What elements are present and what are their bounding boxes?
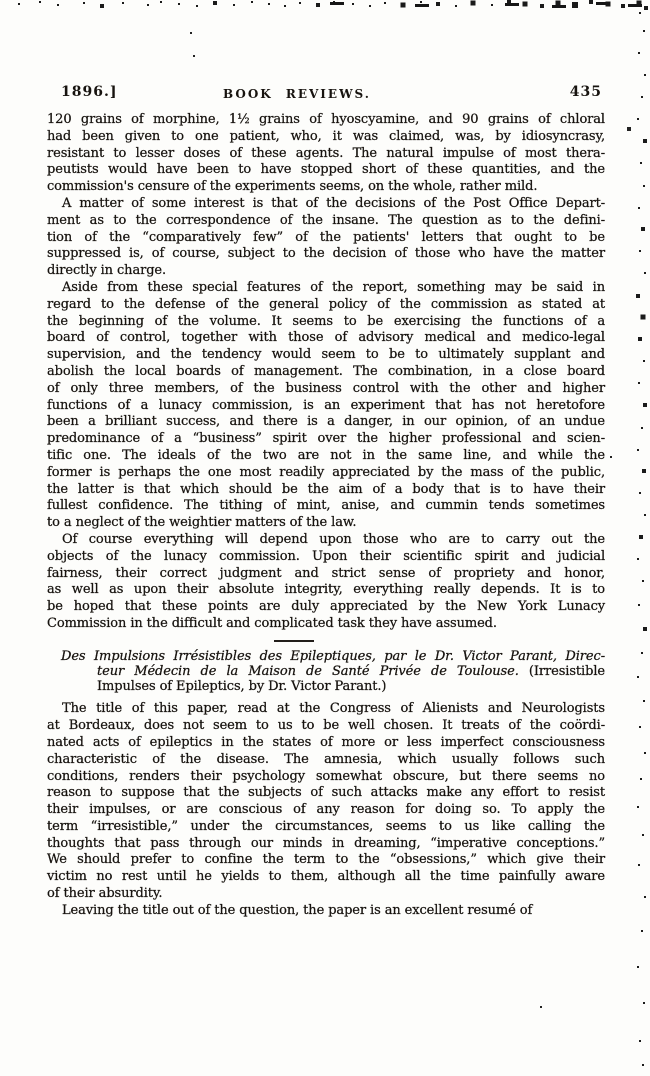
text-line: Commission in the difficult and complica… bbox=[47, 616, 605, 633]
heading-line: Impulses of Epileptics, by Dr. Victor Pa… bbox=[97, 679, 605, 694]
text-line: Of course everything will depend upon th… bbox=[47, 532, 605, 549]
paragraph: Leaving the title out of the question, t… bbox=[47, 903, 605, 920]
heading-line: teur Médecin de la Maison de Santé Privé… bbox=[97, 664, 605, 679]
heading-line: Des Impulsions Irrésistibles des Epilept… bbox=[97, 649, 605, 664]
text-line: nated acts of epileptics in the states o… bbox=[47, 735, 605, 752]
text-line: characteristic of the disease. The amnes… bbox=[47, 752, 605, 769]
paragraph: Of course everything will depend upon th… bbox=[47, 532, 605, 633]
text-line: victim no rest until he yields to them, … bbox=[47, 869, 605, 886]
text-line: as well as upon their absolute integrity… bbox=[47, 582, 605, 599]
text-line: be hoped that these points are duly appr… bbox=[47, 599, 605, 616]
text-line: predominance of a “business” spirit over… bbox=[47, 431, 605, 448]
review-title-des-impulsions: Des Impulsions Irrésistibles des Epilept… bbox=[47, 649, 605, 695]
scanned-book-page: 1896.] BOOK REVIEWS. 435 120 grains of m… bbox=[0, 0, 650, 1076]
paragraph: Aside from these special features of the… bbox=[47, 280, 605, 532]
text-line: The title of this paper, read at the Con… bbox=[47, 701, 605, 718]
heading-french-text: Des Impulsions Irrésistibles des Epilept… bbox=[61, 649, 605, 664]
text-line: been a brilliant success, and there is a… bbox=[47, 414, 605, 431]
text-line: board of control, together with those of… bbox=[47, 330, 605, 347]
paragraph: A matter of some interest is that of the… bbox=[47, 196, 605, 280]
text-line: regard to the defense of the general pol… bbox=[47, 297, 605, 314]
text-line: ment as to the correspondence of the ins… bbox=[47, 213, 605, 230]
header-year: 1896.] bbox=[61, 84, 117, 100]
text-line: abolish the local boards of management. … bbox=[47, 364, 605, 381]
heading-english-text: Impulses of Epileptics, by Dr. Victor Pa… bbox=[97, 679, 386, 694]
text-line: peutists would have been to have stopped… bbox=[47, 162, 605, 179]
text-line: to a neglect of the weightier matters of… bbox=[47, 515, 605, 532]
text-line: directly in charge. bbox=[47, 263, 605, 280]
text-column: 120 grains of morphine, 1½ grains of hyo… bbox=[47, 112, 605, 920]
text-line: term “irresistible,” under the circumsta… bbox=[47, 819, 605, 836]
review-lunacy-commission-report: 120 grains of morphine, 1½ grains of hyo… bbox=[47, 112, 605, 633]
text-line: conditions, renders their psychology som… bbox=[47, 769, 605, 786]
text-line: 120 grains of morphine, 1½ grains of hyo… bbox=[47, 112, 605, 129]
heading-english-text: (Irresistible bbox=[529, 664, 605, 679]
text-line: at Bordeaux, does not seem to us to be w… bbox=[47, 718, 605, 735]
text-line: Aside from these special features of the… bbox=[47, 280, 605, 297]
review-irresistible-impulses: The title of this paper, read at the Con… bbox=[47, 701, 605, 919]
text-line: tific one. The ideals of the two are not… bbox=[47, 448, 605, 465]
text-line: resistant to lesser doses of these agent… bbox=[47, 146, 605, 163]
text-line: suppressed is, of course, subject to the… bbox=[47, 246, 605, 263]
heading-french-text: teur Médecin de la Maison de Santé Privé… bbox=[97, 664, 529, 679]
text-line: Leaving the title out of the question, t… bbox=[47, 903, 605, 920]
text-line: of only three members, of the business c… bbox=[47, 381, 605, 398]
text-line: fairness, their correct judgment and str… bbox=[47, 566, 605, 583]
scan-noise-top-dashes bbox=[0, 2, 14, 5]
text-line: tion of the “comparatively few” of the p… bbox=[47, 230, 605, 247]
text-line: We should prefer to confine the term to … bbox=[47, 852, 605, 869]
running-header: 1896.] BOOK REVIEWS. 435 bbox=[47, 84, 605, 101]
text-line: A matter of some interest is that of the… bbox=[47, 196, 605, 213]
paragraph: The title of this paper, read at the Con… bbox=[47, 701, 605, 903]
text-line: the beginning of the volume. It seems to… bbox=[47, 314, 605, 331]
header-section-title: BOOK REVIEWS. bbox=[223, 86, 371, 102]
text-line: thoughts that pass through our minds in … bbox=[47, 836, 605, 853]
scan-noise-right-edge bbox=[636, 0, 638, 2]
text-line: of their absurdity. bbox=[47, 886, 605, 903]
text-line: fullest confidence. The tithing of mint,… bbox=[47, 498, 605, 515]
header-page-number: 435 bbox=[570, 84, 602, 100]
text-line: supervision, and the tendency would seem… bbox=[47, 347, 605, 364]
text-line: commission's censure of the experiments … bbox=[47, 179, 605, 196]
text-line: had been given to one patient, who, it w… bbox=[47, 129, 605, 146]
text-line: the latter is that which should be the a… bbox=[47, 482, 605, 499]
text-line: reason to suppose that the subjects of s… bbox=[47, 785, 605, 802]
text-line: their impulses, or are conscious of any … bbox=[47, 802, 605, 819]
scan-noise-specks bbox=[0, 0, 2, 2]
section-divider-rule bbox=[274, 640, 314, 642]
text-line: functions of a lunacy commission, is an … bbox=[47, 398, 605, 415]
text-line: objects of the lunacy commission. Upon t… bbox=[47, 549, 605, 566]
text-line: former is perhaps the one most readily a… bbox=[47, 465, 605, 482]
paragraph: 120 grains of morphine, 1½ grains of hyo… bbox=[47, 112, 605, 196]
